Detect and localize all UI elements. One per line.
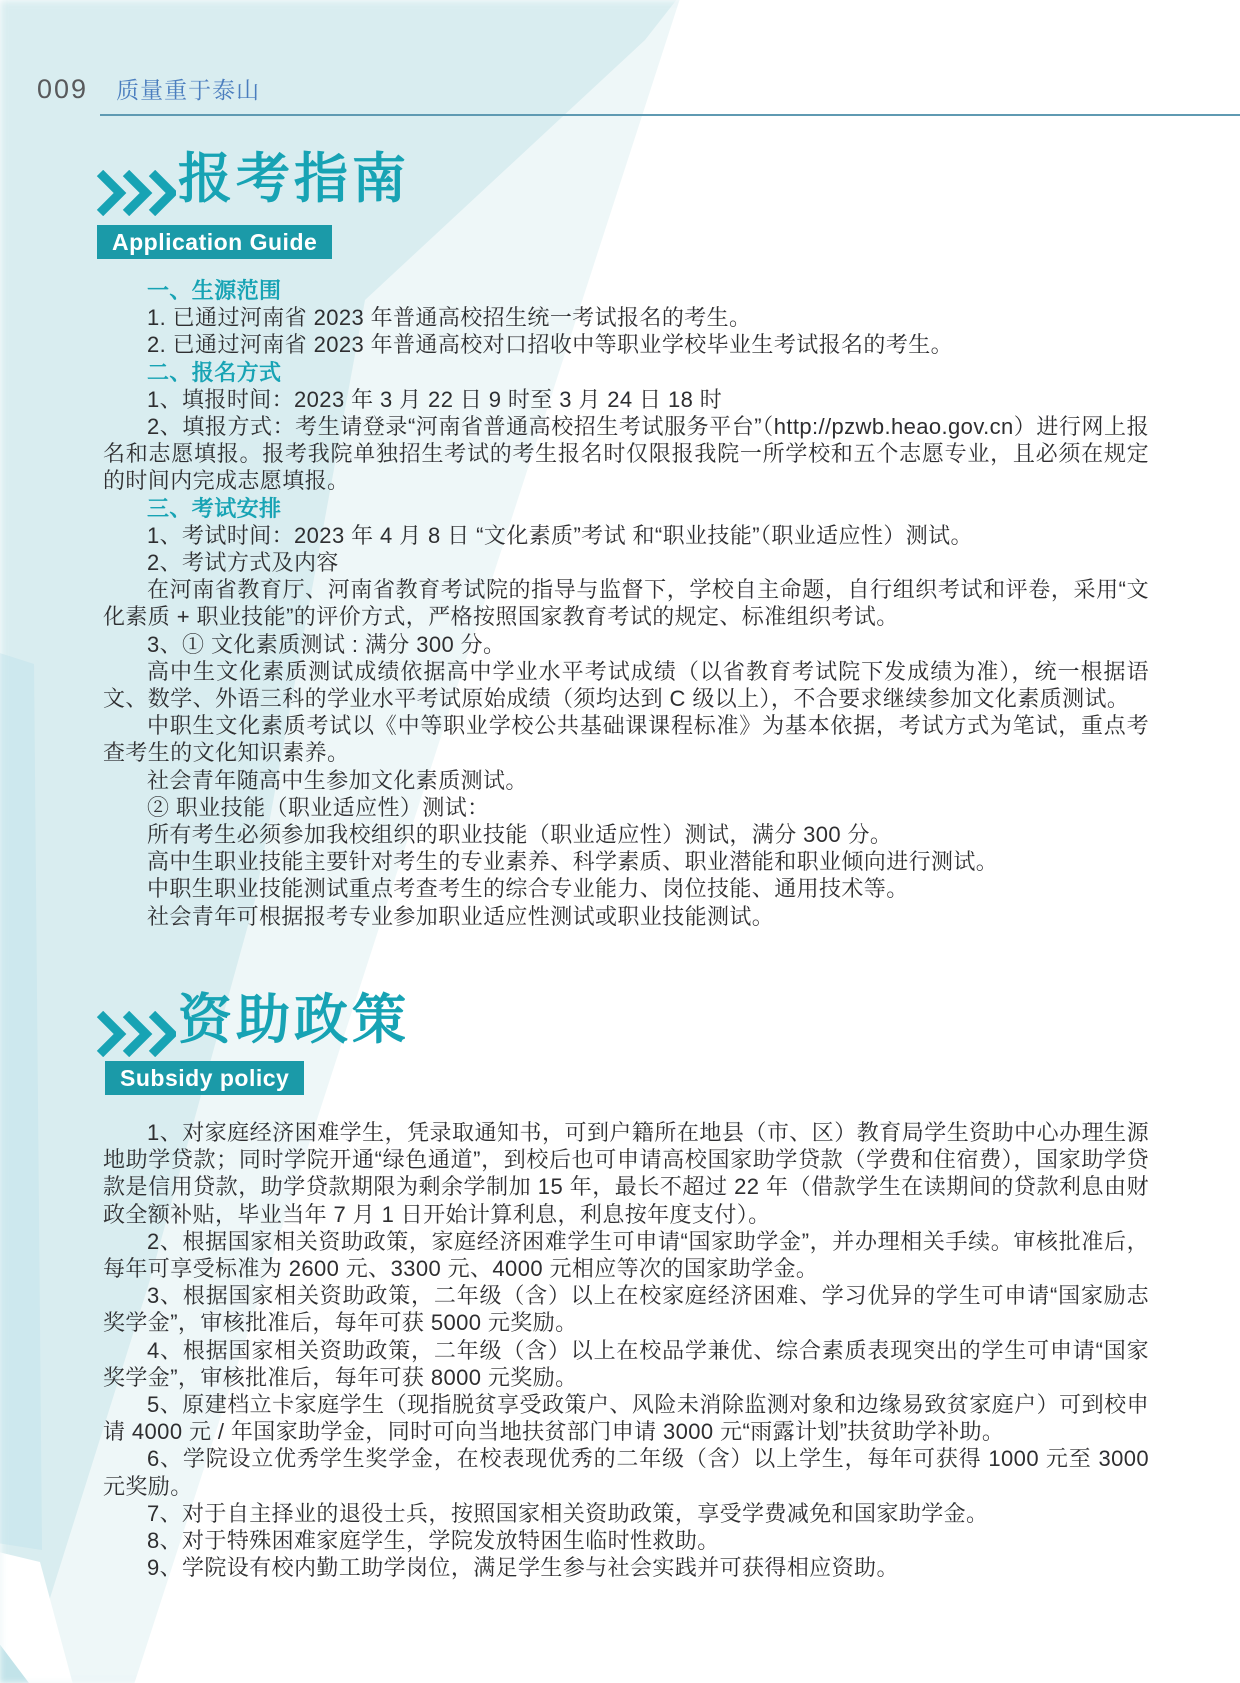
triple-chevron-icon (96, 170, 176, 216)
page-header: 009 质量重于泰山 (37, 72, 260, 105)
section-body-subsidy-policy: 1、对家庭经济困难学生，凭录取通知书，可到户籍所在地县（市、区）教育局学生资助中… (103, 1119, 1149, 1581)
paragraph: 8、对于特殊困难家庭学生，学院发放特困生临时性救助。 (103, 1527, 1149, 1554)
paragraph: 2、考试方式及内容 (103, 549, 1149, 576)
page-number: 009 (37, 74, 88, 105)
paragraph: 2. 已通过河南省 2023 年普通高校对口招收中等职业学校毕业生考试报名的考生… (103, 331, 1149, 358)
paragraph: 1、考试时间：2023 年 4 月 8 日 “文化素质”考试 和“职业技能”（职… (103, 522, 1149, 549)
paragraph: 3、根据国家相关资助政策，二年级（含）以上在校家庭经济困难、学习优异的学生可申请… (103, 1282, 1149, 1336)
paragraph: 所有考生必须参加我校组织的职业技能（职业适应性）测试，满分 300 分。 (103, 821, 1149, 848)
paragraph: 5、原建档立卡家庭学生（现指脱贫享受政策户、风险未消除监测对象和边缘易致贫家庭户… (103, 1391, 1149, 1445)
section-subheading: 三、考试安排 (103, 495, 1149, 522)
section-title-en-badge: Subsidy policy (105, 1061, 304, 1095)
paragraph: 在河南省教育厅、河南省教育考试院的指导与监督下，学校自主命题，自行组织考试和评卷… (103, 576, 1149, 630)
paragraph: 1. 已通过河南省 2023 年普通高校招生统一考试报名的考生。 (103, 304, 1149, 331)
paragraph: 2、根据国家相关资助政策，家庭经济困难学生可申请“国家助学金”，并办理相关手续。… (103, 1228, 1149, 1282)
document-page: 009 质量重于泰山 报考指南 Application Guide 一、生源范围… (0, 0, 1240, 1683)
paragraph: 9、学院设有校内勤工助学岗位，满足学生参与社会实践并可获得相应资助。 (103, 1554, 1149, 1581)
section-title-cn: 资助政策 (178, 989, 410, 1049)
paragraph: 1、填报时间：2023 年 3 月 22 日 9 时至 3 月 24 日 18 … (103, 386, 1149, 413)
section-body-application-guide: 一、生源范围1. 已通过河南省 2023 年普通高校招生统一考试报名的考生。2.… (103, 277, 1149, 930)
page-slogan: 质量重于泰山 (116, 72, 260, 105)
paragraph: 社会青年可根据报考专业参加职业适应性测试或职业技能测试。 (103, 903, 1149, 930)
section-subheading: 二、报名方式 (103, 359, 1149, 386)
paragraph: 中职生职业技能测试重点考查考生的综合专业能力、岗位技能、通用技术等。 (103, 875, 1149, 902)
paragraph: 高中生职业技能主要针对考生的专业素养、科学素质、职业潜能和职业倾向进行测试。 (103, 848, 1149, 875)
paragraph: ② 职业技能（职业适应性）测试： (103, 794, 1149, 821)
paragraph: 社会青年随高中生参加文化素质测试。 (103, 767, 1149, 794)
paragraph: 3、① 文化素质测试 : 满分 300 分。 (103, 631, 1149, 658)
section-subheading: 一、生源范围 (103, 277, 1149, 304)
paragraph: 2、填报方式：考生请登录“河南省普通高校招生考试服务平台”（http://pzw… (103, 413, 1149, 495)
header-divider (100, 114, 1240, 116)
triple-chevron-icon (96, 1011, 176, 1057)
section-title-en-badge: Application Guide (97, 225, 332, 259)
paragraph: 4、根据国家相关资助政策，二年级（含）以上在校品学兼优、综合素质表现突出的学生可… (103, 1337, 1149, 1391)
section-title-cn: 报考指南 (178, 148, 410, 208)
paragraph: 1、对家庭经济困难学生，凭录取通知书，可到户籍所在地县（市、区）教育局学生资助中… (103, 1119, 1149, 1228)
paragraph: 7、对于自主择业的退役士兵，按照国家相关资助政策，享受学费减免和国家助学金。 (103, 1500, 1149, 1527)
paragraph: 高中生文化素质测试成绩依据高中学业水平考试成绩（以省教育考试院下发成绩为准），统… (103, 658, 1149, 712)
paragraph: 6、学院设立优秀学生奖学金，在校表现优秀的二年级（含）以上学生，每年可获得 10… (103, 1445, 1149, 1499)
paragraph: 中职生文化素质考试以《中等职业学校公共基础课课程标准》为基本依据，考试方式为笔试… (103, 712, 1149, 766)
